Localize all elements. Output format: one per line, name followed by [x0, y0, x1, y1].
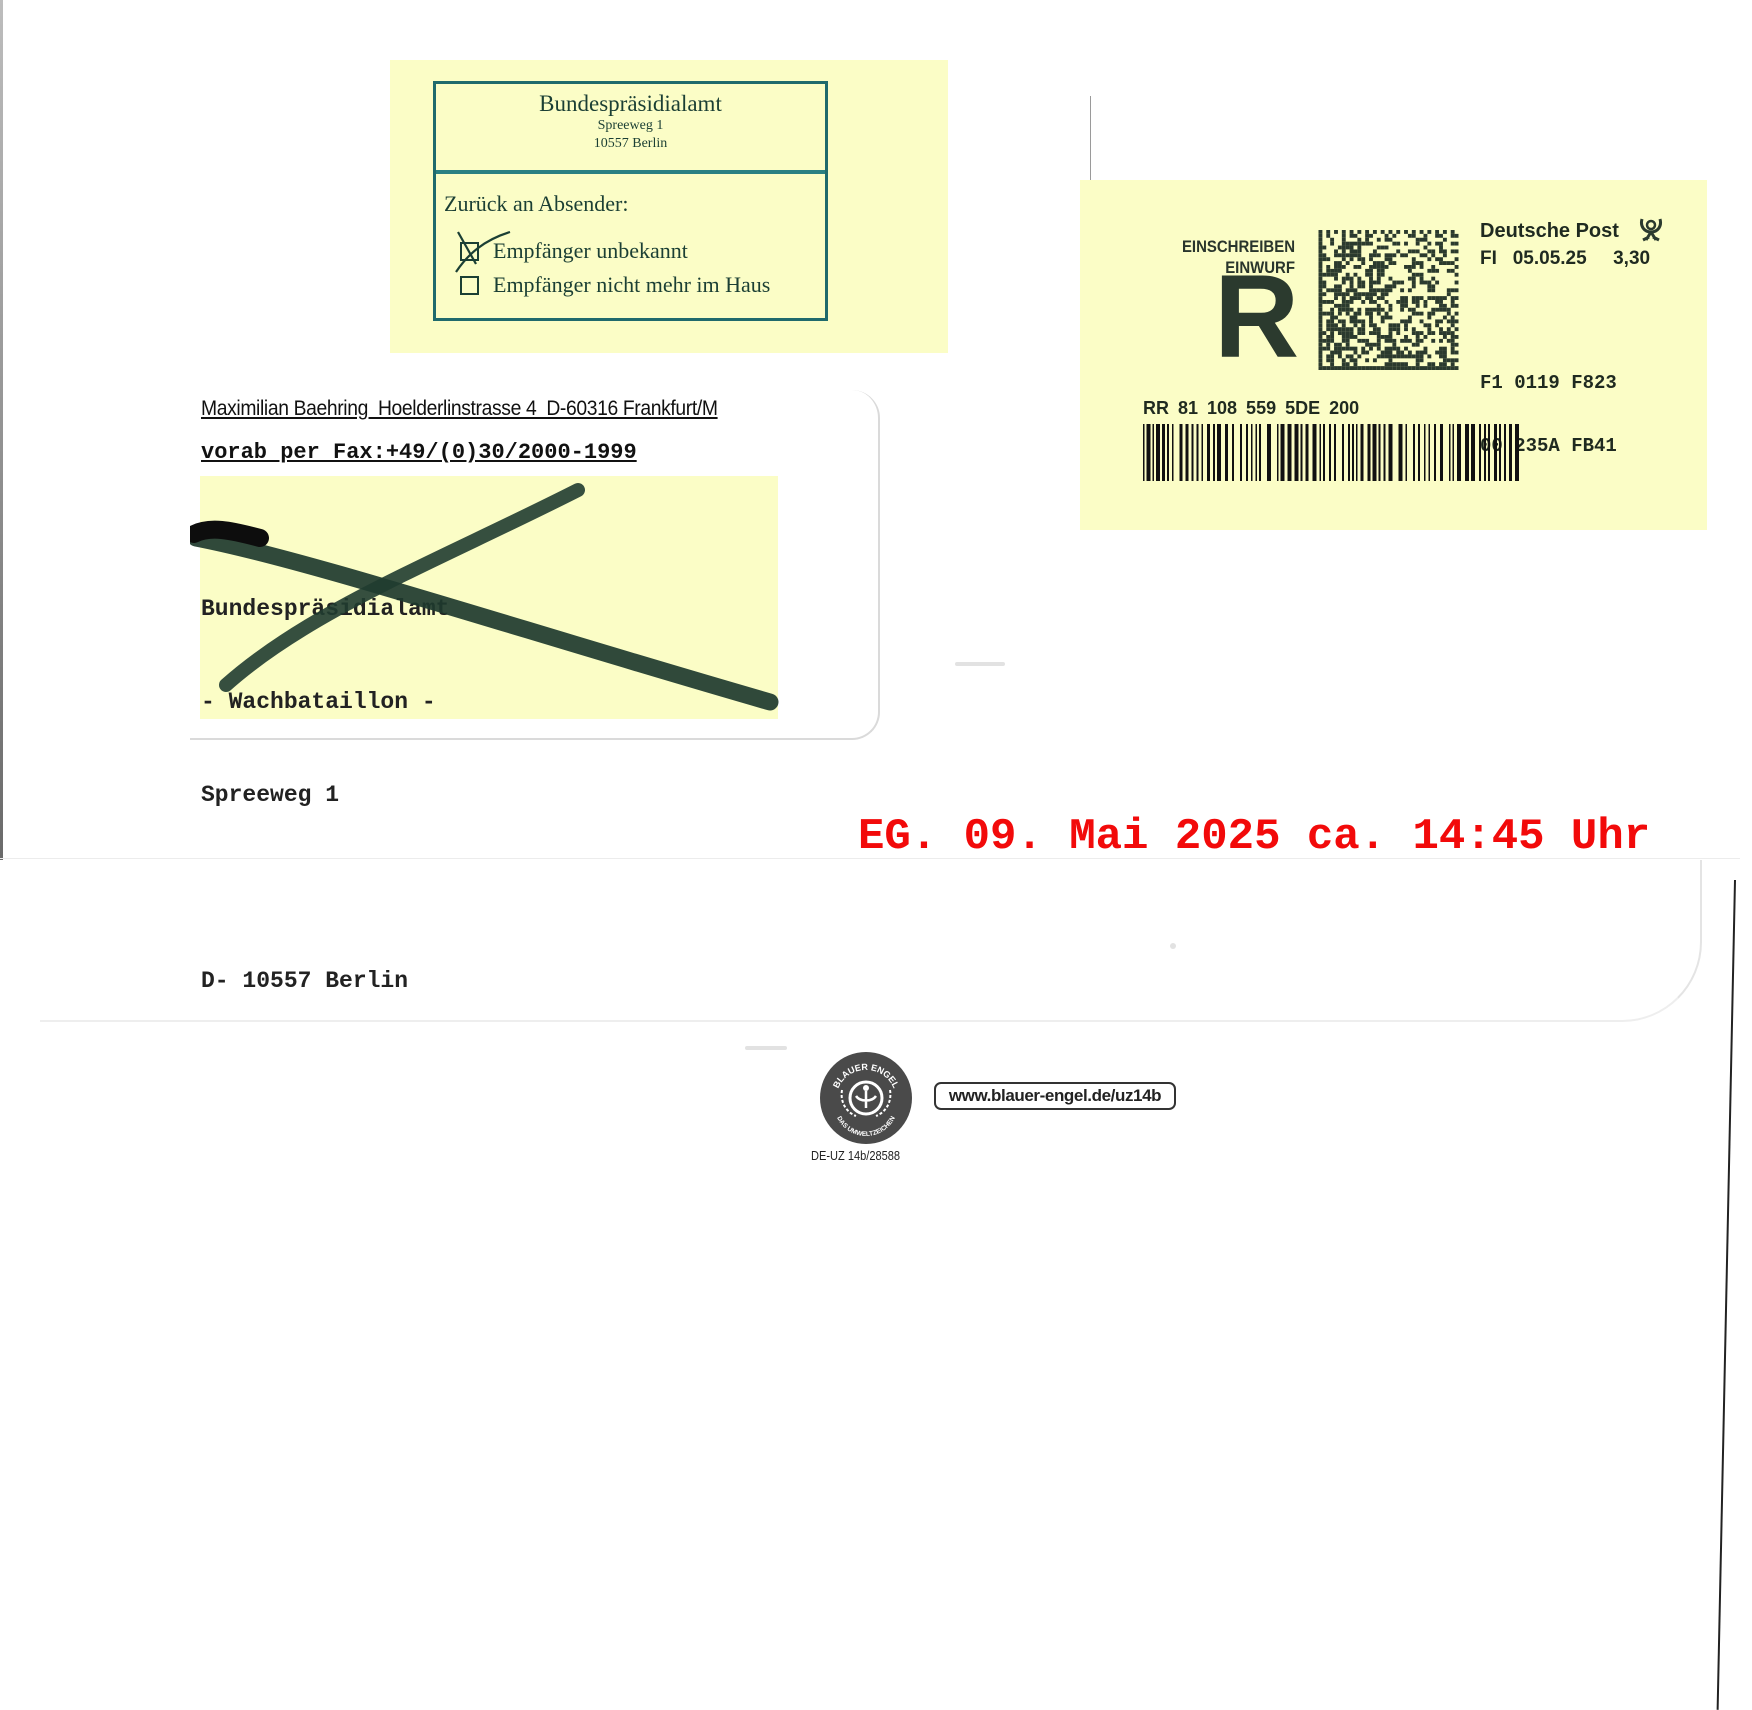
scan-smudge [745, 1046, 787, 1050]
stamp-option-unknown: Empfänger unbekannt [460, 238, 688, 264]
recipient-line [201, 873, 449, 904]
stamp-city: 10557 Berlin [436, 135, 825, 153]
stamp-option-moved: Empfänger nicht mehr im Haus [460, 272, 770, 298]
scan-smudge [1170, 943, 1176, 949]
received-annotation: EG. 09. Mai 2025 ca. 14:45 Uhr [858, 812, 1650, 862]
stamp-heading: Zurück an Absender: [444, 191, 629, 217]
checkbox-empty-icon [460, 276, 479, 295]
tracking-number: RR 81 108 559 5DE 200 [1143, 398, 1359, 419]
return-stamp: Bundespräsidialamt Spreeweg 1 10557 Berl… [433, 81, 828, 321]
barcode-icon [1143, 424, 1523, 481]
carrier-name: Deutsche Post [1480, 220, 1619, 243]
postage-amount: 3,30 [1613, 248, 1650, 269]
scan-smudge [955, 662, 1005, 666]
code-line-1: F1 0119 F823 [1480, 373, 1617, 394]
sender-line: Maximilian Baehring Hoelderlinstrasse 4 … [201, 397, 718, 421]
eco-label-code: DE-UZ 14b/28588 [811, 1148, 900, 1163]
check-cross-icon [454, 230, 514, 274]
franking-line: FI 05.05.25 3,30 [1480, 248, 1650, 270]
cross-out-strike-icon [190, 480, 790, 720]
office-code: FI [1480, 248, 1497, 269]
blauer-engel-seal-icon: BLAUER ENGEL DAS UMWELTZEICHEN [818, 1050, 914, 1146]
envelope-right-edge [1717, 880, 1736, 1710]
franking-date: 05.05.25 [1513, 248, 1587, 269]
recipient-line: Spreeweg 1 [201, 780, 449, 811]
eco-label-url: www.blauer-engel.de/uz14b [934, 1082, 1176, 1110]
label-guide-line [1090, 96, 1091, 181]
stamp-option-label: Empfänger nicht mehr im Haus [493, 272, 770, 298]
registered-mark: R [1214, 262, 1299, 372]
checkbox-checked-icon [460, 242, 479, 261]
recipient-line: D- 10557 Berlin [201, 966, 449, 997]
posthorn-icon [1637, 216, 1665, 244]
stamp-option-label: Empfänger unbekannt [493, 238, 688, 264]
stamp-header: Bundespräsidialamt Spreeweg 1 10557 Berl… [436, 84, 825, 174]
stamp-organization: Bundespräsidialamt [436, 91, 825, 117]
envelope-left-edge [0, 0, 3, 860]
fax-line: vorab per Fax:+49/(0)30/2000-1999 [201, 440, 637, 465]
datamatrix-code-icon [1317, 230, 1460, 370]
stamp-street: Spreeweg 1 [436, 117, 825, 135]
